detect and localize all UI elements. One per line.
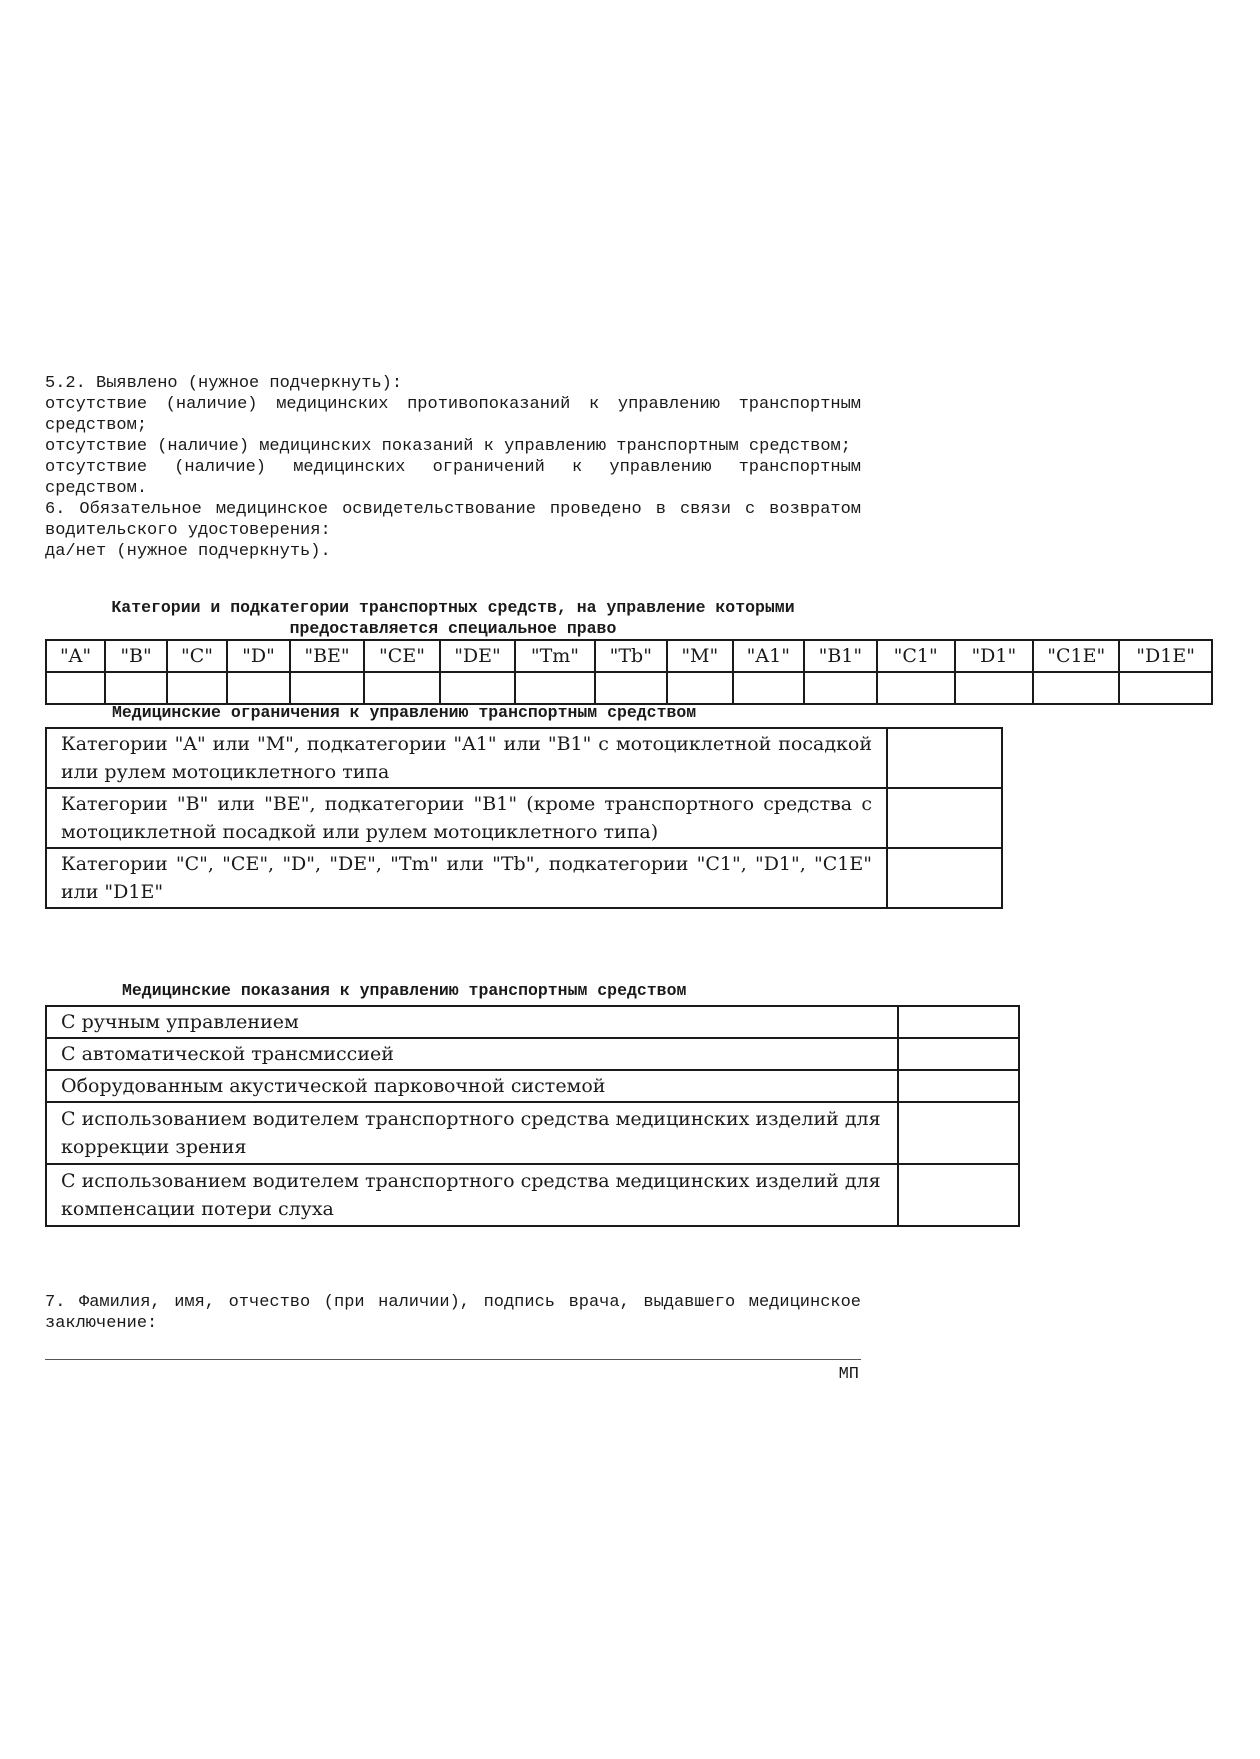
row-label: С использованием водителем транспортного… bbox=[46, 1102, 898, 1164]
indications-heading: Медицинские показания к управлению транс… bbox=[122, 980, 686, 1001]
category-header-cell: "C1E" bbox=[1033, 640, 1119, 672]
category-header-cell: "D1" bbox=[955, 640, 1034, 672]
finding-contraindications: отсутствие (наличие) медицинских противо… bbox=[45, 394, 861, 436]
category-value-cell[interactable] bbox=[733, 672, 804, 704]
section-6-text: 6. Обязательное медицинское освидетельст… bbox=[45, 499, 861, 541]
table-row: Категории "C", "CE", "D", "DE", "Tm" или… bbox=[46, 848, 1002, 908]
category-value-cell[interactable] bbox=[290, 672, 364, 704]
category-value-cell[interactable] bbox=[515, 672, 595, 704]
category-header-cell: "A1" bbox=[733, 640, 804, 672]
categories-value-row bbox=[46, 672, 1212, 704]
table-row: С использованием водителем транспортного… bbox=[46, 1164, 1019, 1226]
row-label: Категории "C", "CE", "D", "DE", "Tm" или… bbox=[46, 848, 887, 908]
finding-restrictions: отсутствие (наличие) медицинских огранич… bbox=[45, 457, 861, 499]
signature-line[interactable] bbox=[45, 1359, 861, 1360]
category-value-cell[interactable] bbox=[46, 672, 105, 704]
category-header-cell: "Tb" bbox=[595, 640, 667, 672]
row-mark-cell[interactable] bbox=[887, 848, 1002, 908]
category-header-cell: "DE" bbox=[440, 640, 515, 672]
categories-header-row: "A""B""C""D""BE""CE""DE""Tm""Tb""M""A1""… bbox=[46, 640, 1212, 672]
category-header-cell: "C1" bbox=[877, 640, 955, 672]
category-value-cell[interactable] bbox=[227, 672, 290, 704]
restrictions-table: Категории "A" или "M", подкатегории "A1"… bbox=[45, 727, 1003, 909]
section-7-text: 7. Фамилия, имя, отчество (при наличии),… bbox=[45, 1292, 861, 1334]
table-row: Категории "A" или "M", подкатегории "A1"… bbox=[46, 728, 1002, 788]
category-value-cell[interactable] bbox=[440, 672, 515, 704]
row-mark-cell[interactable] bbox=[898, 1038, 1019, 1070]
category-value-cell[interactable] bbox=[595, 672, 667, 704]
stamp-label: МП bbox=[45, 1364, 859, 1385]
category-header-cell: "B" bbox=[105, 640, 167, 672]
row-mark-cell[interactable] bbox=[898, 1102, 1019, 1164]
row-mark-cell[interactable] bbox=[887, 728, 1002, 788]
category-header-cell: "CE" bbox=[364, 640, 440, 672]
restrictions-heading: Медицинские ограничения к управлению тра… bbox=[112, 702, 696, 723]
table-row: Категории "B" или "BE", подкатегории "B1… bbox=[46, 788, 1002, 848]
category-value-cell[interactable] bbox=[804, 672, 877, 704]
row-mark-cell[interactable] bbox=[898, 1006, 1019, 1038]
category-value-cell[interactable] bbox=[105, 672, 167, 704]
section-7: 7. Фамилия, имя, отчество (при наличии),… bbox=[45, 1292, 861, 1334]
row-label: Категории "A" или "M", подкатегории "A1"… bbox=[46, 728, 887, 788]
category-header-cell: "B1" bbox=[804, 640, 877, 672]
table-row: С ручным управлением bbox=[46, 1006, 1019, 1038]
row-mark-cell[interactable] bbox=[898, 1164, 1019, 1226]
category-value-cell[interactable] bbox=[1119, 672, 1212, 704]
section-6-answer[interactable]: да/нет (нужное подчеркнуть). bbox=[45, 541, 861, 562]
category-header-cell: "Tm" bbox=[515, 640, 595, 672]
table-row: С автоматической трансмиссией bbox=[46, 1038, 1019, 1070]
category-header-cell: "M" bbox=[667, 640, 733, 672]
categories-table: "A""B""C""D""BE""CE""DE""Tm""Tb""M""A1""… bbox=[45, 639, 1213, 705]
category-header-cell: "BE" bbox=[290, 640, 364, 672]
row-label: Категории "B" или "BE", подкатегории "B1… bbox=[46, 788, 887, 848]
category-value-cell[interactable] bbox=[364, 672, 440, 704]
category-value-cell[interactable] bbox=[667, 672, 733, 704]
row-label: Оборудованным акустической парковочной с… bbox=[46, 1070, 898, 1102]
category-value-cell[interactable] bbox=[955, 672, 1034, 704]
row-label: С ручным управлением bbox=[46, 1006, 898, 1038]
row-label: С автоматической трансмиссией bbox=[46, 1038, 898, 1070]
category-value-cell[interactable] bbox=[1033, 672, 1119, 704]
section-5-2: 5.2. Выявлено (нужное подчеркнуть): отсу… bbox=[45, 373, 861, 562]
category-value-cell[interactable] bbox=[877, 672, 955, 704]
section-5-2-title: 5.2. Выявлено (нужное подчеркнуть): bbox=[45, 373, 861, 394]
categories-heading: Категории и подкатегории транспортных ср… bbox=[45, 597, 861, 639]
finding-indications: отсутствие (наличие) медицинских показан… bbox=[45, 436, 861, 457]
table-row: С использованием водителем транспортного… bbox=[46, 1102, 1019, 1164]
categories-heading-line2: предоставляется специальное право bbox=[45, 618, 861, 639]
category-header-cell: "D" bbox=[227, 640, 290, 672]
indications-table: С ручным управлениемС автоматической тра… bbox=[45, 1005, 1020, 1227]
category-value-cell[interactable] bbox=[167, 672, 227, 704]
row-label: С использованием водителем транспортного… bbox=[46, 1164, 898, 1226]
row-mark-cell[interactable] bbox=[898, 1070, 1019, 1102]
row-mark-cell[interactable] bbox=[887, 788, 1002, 848]
category-header-cell: "A" bbox=[46, 640, 105, 672]
categories-heading-line1: Категории и подкатегории транспортных ср… bbox=[45, 597, 861, 618]
table-row: Оборудованным акустической парковочной с… bbox=[46, 1070, 1019, 1102]
category-header-cell: "C" bbox=[167, 640, 227, 672]
category-header-cell: "D1E" bbox=[1119, 640, 1212, 672]
